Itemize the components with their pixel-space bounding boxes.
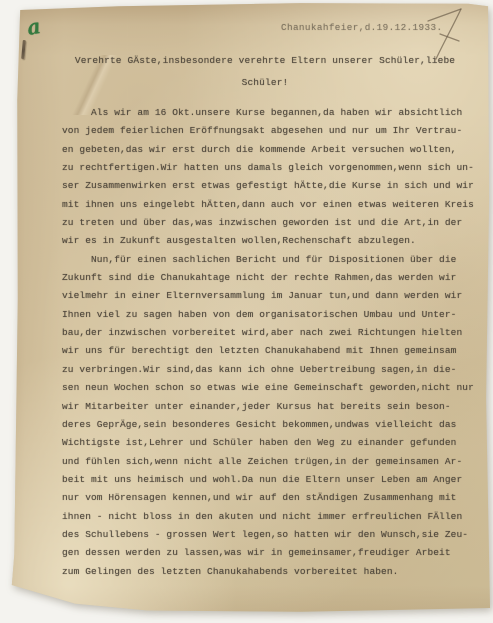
typewritten-line: Ihnen viel zu sagen haben von dem organi…	[62, 306, 474, 324]
typewritten-line: deres GeprÄge,sein besonderes Gesicht be…	[62, 416, 474, 434]
typewritten-line: zu verbringen.Wir sind,das kann ich ohne…	[62, 361, 474, 379]
typewritten-line: Wichtigste ist,Lehrer und Schüler haben …	[62, 434, 474, 452]
typewritten-line: des Schullebens - grossen Wert legen,so …	[62, 526, 474, 544]
salutation: Verehrte GÄste,insbesondere verehrte Elt…	[62, 50, 468, 94]
typewritten-line: Nun,für einen sachlichen Bericht und für…	[62, 251, 474, 269]
typewritten-line: en gebeten,das wir erst durch die kommen…	[62, 141, 474, 159]
document-scan: a Chanukahfeier,d.19.12.1933. Verehrte G…	[0, 0, 493, 623]
typewritten-line: mit ihnen uns eingelebt hÄtten,dann auch…	[62, 196, 474, 214]
green-annotation-mark: a	[25, 13, 43, 40]
typewritten-line: wir Mitarbeiter unter einander,jeder Kur…	[62, 398, 474, 416]
typewritten-line: vielmehr in einer Elternversammlung im J…	[62, 287, 474, 305]
typewritten-line: zum Gelingen des letzten Chanukahabends …	[62, 563, 474, 581]
paper-shadow-wrap: a Chanukahfeier,d.19.12.1933. Verehrte G…	[0, 0, 493, 623]
staple-mark	[21, 40, 26, 59]
paper-sheet: a Chanukahfeier,d.19.12.1933. Verehrte G…	[0, 0, 493, 623]
typewritten-line: und fühlen sich,wenn nicht alle Zeichen …	[62, 453, 474, 471]
typewritten-line: sen neun Wochen schon so etwas wie eine …	[62, 379, 474, 397]
typewritten-line: zu rechtfertigen.Wir hatten uns damals g…	[62, 159, 474, 177]
typewritten-line: ser Zusammenwirken erst etwas gefestigt …	[62, 177, 474, 195]
typewritten-line: von jedem feierlichen Eröffnungsakt abge…	[62, 122, 474, 140]
typewritten-line: wir es in Zukunft ausgestalten wollen,Re…	[62, 232, 474, 250]
typewritten-line: Als wir am 16 Okt.unsere Kurse begannen,…	[62, 104, 474, 122]
dateline: Chanukahfeier,d.19.12.1933.	[281, 22, 442, 33]
typewritten-line: zu treten und über das,was inzwischen ge…	[62, 214, 474, 232]
typewritten-line: gen dessen werden zu lassen,was wir in g…	[62, 544, 474, 562]
typewritten-line: bau,der inzwischen vorbereitet wird,aber…	[62, 324, 474, 342]
typewritten-line: ihnen - nicht bloss in den akuten und ni…	[62, 508, 474, 526]
letter-body: Als wir am 16 Okt.unsere Kurse begannen,…	[62, 104, 474, 581]
salutation-line-2: Schüler!	[62, 72, 468, 94]
typewritten-line: nur vom Hörensagen kennen,und wir auf de…	[62, 489, 474, 507]
typewritten-line: beit mit uns heimisch und wohl.Da nun di…	[62, 471, 474, 489]
typewritten-line: wir uns für berechtigt den letzten Chanu…	[62, 342, 474, 360]
salutation-line-1: Verehrte GÄste,insbesondere verehrte Elt…	[62, 50, 468, 72]
typewritten-line: Zukunft sind die Chanukahtage nicht der …	[62, 269, 474, 287]
